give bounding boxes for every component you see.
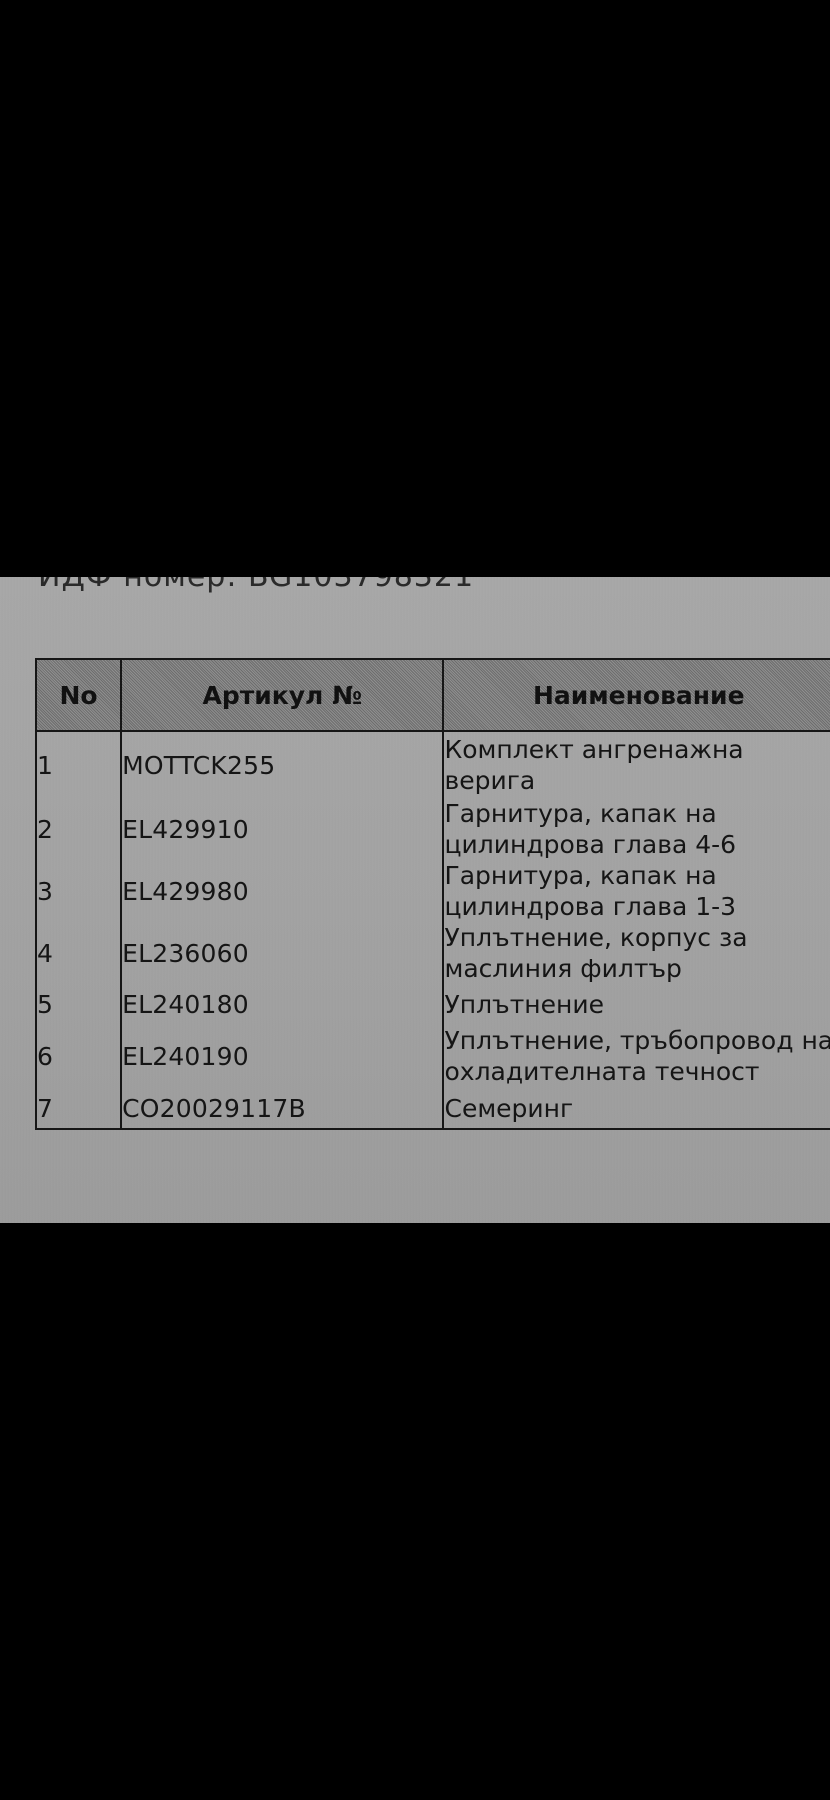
item-name: Комплект ангренажнаверига xyxy=(443,731,830,798)
row-number: 4 xyxy=(36,922,121,984)
item-name-line: верига xyxy=(444,765,830,796)
cut-off-header-text: ИДФ номер: BG103798321 xyxy=(38,577,474,594)
table-row: 4 EL236060 Уплътнение, корпус замаслиния… xyxy=(36,922,830,984)
item-name-line: Уплътнение, тръбопровод на xyxy=(444,1025,830,1056)
item-name: Гарнитура, капак нацилиндрова глава 4-6 xyxy=(443,798,830,860)
item-name-line: Уплътнение, корпус за xyxy=(444,922,830,953)
table-row: 7 CO20029117B Семеринг xyxy=(36,1088,830,1129)
table-row: 2 EL429910 Гарнитура, капак нацилиндрова… xyxy=(36,798,830,860)
parts-table: No Артикул № Наименование 1 MOTTCK255 Ко… xyxy=(35,658,830,1130)
item-name-line: охладителната течност xyxy=(444,1056,830,1087)
item-name: Семеринг xyxy=(443,1088,830,1129)
row-number: 1 xyxy=(36,731,121,798)
item-name: Уплътнение, тръбопровод наохладителната … xyxy=(443,1024,830,1088)
document-photo: ИДФ номер: BG103798321 No Артикул № Наим… xyxy=(0,577,830,1223)
item-name-line: Уплътнение xyxy=(444,989,830,1020)
article-number: EL240190 xyxy=(121,1024,443,1088)
article-number: EL236060 xyxy=(121,922,443,984)
table-row: 6 EL240190 Уплътнение, тръбопровод наохл… xyxy=(36,1024,830,1088)
item-name-line: маслиния филтър xyxy=(444,953,830,984)
row-number: 6 xyxy=(36,1024,121,1088)
item-name-line: Гарнитура, капак на xyxy=(444,798,830,829)
article-number: EL429910 xyxy=(121,798,443,860)
article-number: EL429980 xyxy=(121,860,443,922)
table-row: 3 EL429980 Гарнитура, капак нацилиндрова… xyxy=(36,860,830,922)
table-header-row: No Артикул № Наименование xyxy=(36,659,830,731)
article-number: EL240180 xyxy=(121,984,443,1024)
item-name-line: Комплект ангренажна xyxy=(444,734,830,765)
item-name: Уплътнение xyxy=(443,984,830,1024)
row-number: 5 xyxy=(36,984,121,1024)
row-number: 3 xyxy=(36,860,121,922)
table-row: 5 EL240180 Уплътнение xyxy=(36,984,830,1024)
item-name-line: цилиндрова глава 1-3 xyxy=(444,891,830,922)
item-name-line: цилиндрова глава 4-6 xyxy=(444,829,830,860)
item-name-line: Семеринг xyxy=(444,1093,830,1124)
table-row: 1 MOTTCK255 Комплект ангренажнаверига xyxy=(36,731,830,798)
item-name: Гарнитура, капак нацилиндрова глава 1-3 xyxy=(443,860,830,922)
article-number: MOTTCK255 xyxy=(121,731,443,798)
item-name-line: Гарнитура, капак на xyxy=(444,860,830,891)
column-header-name: Наименование xyxy=(443,659,830,731)
article-number: CO20029117B xyxy=(121,1088,443,1129)
column-header-article: Артикул № xyxy=(121,659,443,731)
row-number: 7 xyxy=(36,1088,121,1129)
item-name: Уплътнение, корпус замаслиния филтър xyxy=(443,922,830,984)
row-number: 2 xyxy=(36,798,121,860)
column-header-no: No xyxy=(36,659,121,731)
